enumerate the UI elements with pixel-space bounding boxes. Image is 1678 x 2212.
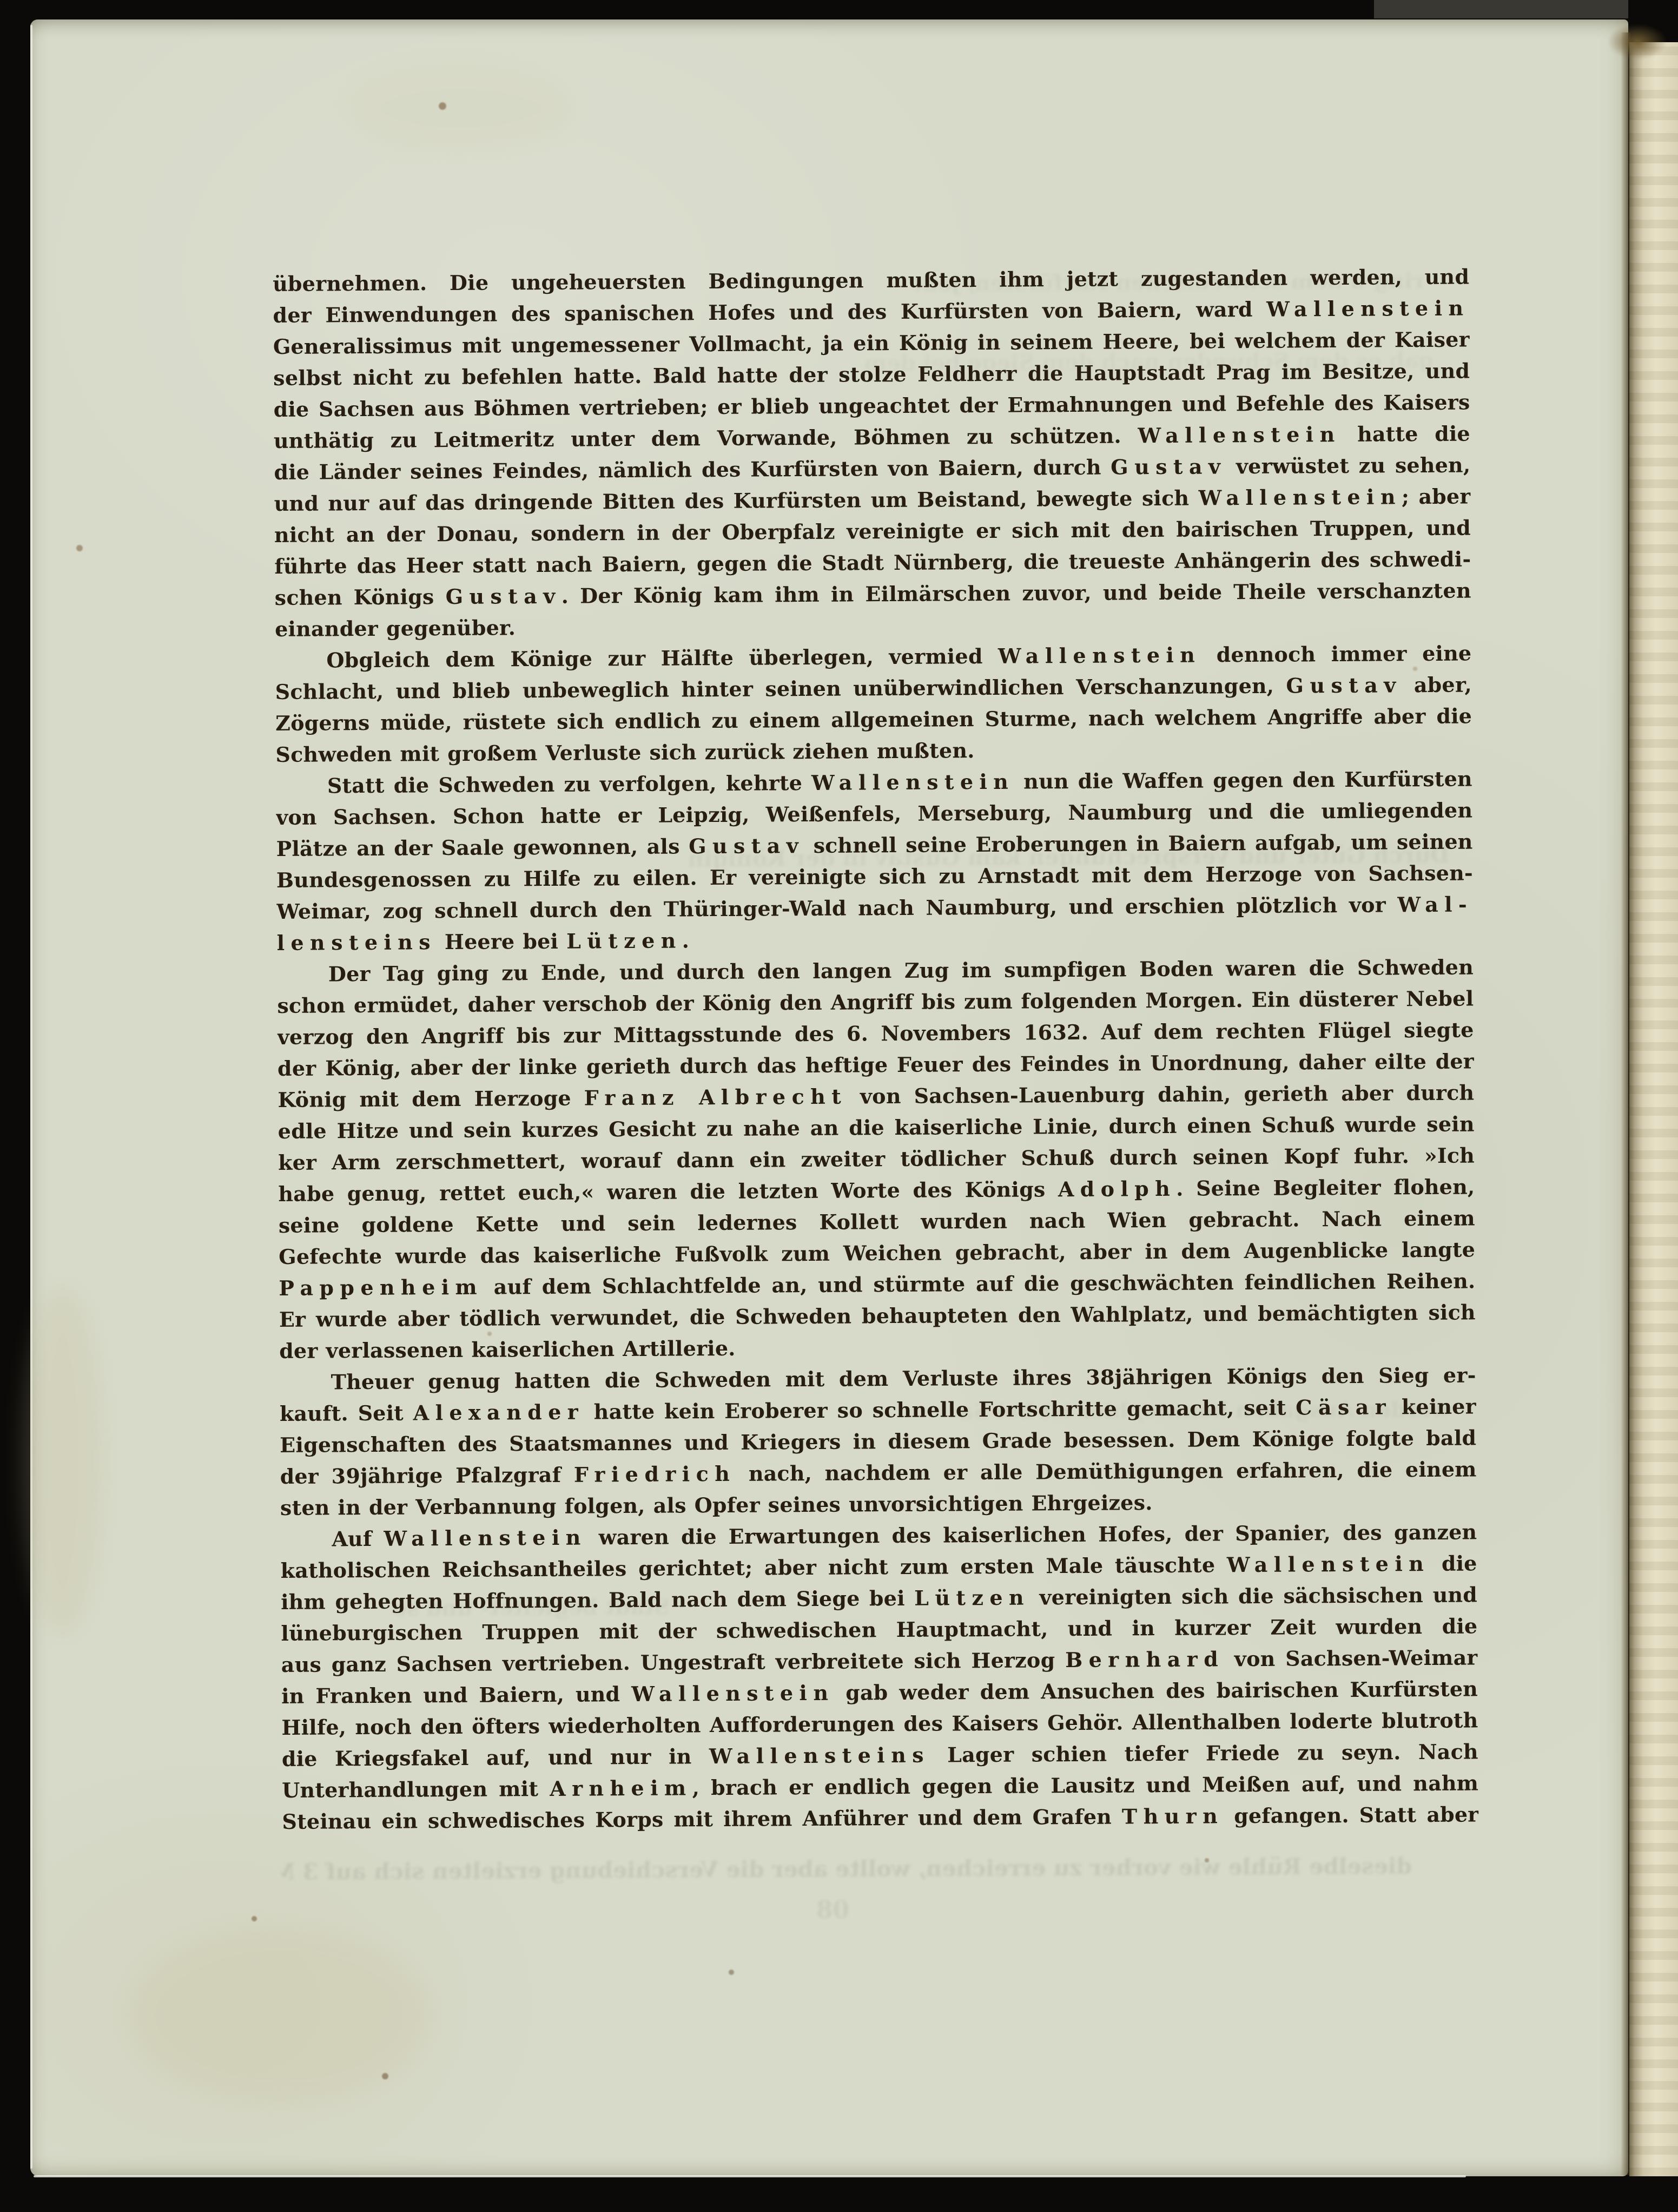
letterspaced-name: Franz Albrecht [584, 1084, 848, 1110]
letterspaced-name: Wallenstein [811, 769, 1015, 795]
letterspaced-name: Cäsar [1296, 1394, 1392, 1419]
letterspaced-name: Arnheim [550, 1775, 692, 1801]
paper-stain [22, 1288, 103, 1634]
letterspaced-name: Gustav [689, 833, 804, 858]
letterspaced-name: Wallenstein [384, 1525, 587, 1550]
text-line: Steinau ein schwedisches Korps mit ihrem… [282, 1799, 1478, 1838]
foxing-spot [1413, 667, 1417, 671]
foxing-spot [1205, 1858, 1209, 1862]
paragraph: Auf Wallenstein waren die Erwartungen de… [280, 1516, 1479, 1838]
paragraph: übernehmen. Die ungeheuersten Bedingunge… [273, 261, 1471, 644]
foxing-spot [252, 1916, 257, 1921]
paragraph: Der Tag ging zu Ende, und durch den lang… [277, 951, 1476, 1366]
paper-stain [346, 65, 573, 152]
letterspaced-name: Adolph [1058, 1176, 1177, 1201]
book-page: ring u dem schwedischen Kurfürsten, jedo… [30, 19, 1628, 2176]
letterspaced-name: Gustav [1286, 673, 1402, 697]
letterspaced-name: Lützen [566, 928, 682, 953]
letterspaced-name: Friedrich [574, 1462, 736, 1487]
letterspaced-name: Wallenstein [998, 643, 1201, 668]
paragraph: Obgleich dem Könige zur Hälfte überlegen… [275, 637, 1472, 771]
letterspaced-name: Pappenheim [279, 1275, 483, 1300]
book-scan: ring u dem schwedischen Kurfürsten, jedo… [0, 0, 1678, 2212]
adjacent-page-edge [1629, 42, 1678, 2176]
letterspaced-name: Wallenstein [1198, 484, 1402, 510]
letterspaced-name: Gustav [445, 584, 561, 609]
paragraph: Statt die Schweden zu verfolgen, kehrte … [276, 763, 1474, 959]
letterspaced-name: Gustav [1111, 454, 1226, 479]
foxing-spot [729, 1970, 734, 1975]
foxing-spot [76, 545, 83, 551]
letterspaced-name: Wallenstein [1266, 295, 1470, 321]
bleedthrough-text: dieselbe Rühle wie vorher zu erreichen, … [281, 1853, 1412, 1885]
letterspaced-name: Wal- [1397, 892, 1473, 917]
letterspaced-name: Wallenstein [631, 1681, 835, 1706]
letterspaced-name: Thurn [1122, 1803, 1224, 1828]
page-text-block: übernehmen. Die ungeheuersten Bedingunge… [273, 261, 1479, 1837]
binding-smudge [1608, 24, 1667, 60]
letterspaced-name: Wallensteins [709, 1743, 930, 1768]
letterspaced-name: Wallenstein [1227, 1551, 1430, 1577]
foxing-spot [487, 1332, 492, 1336]
letterspaced-name: lensteins [276, 930, 437, 955]
scanner-background-patch [1374, 0, 1628, 18]
letterspaced-name: Alexander [413, 1400, 585, 1425]
paragraph: Theuer genug hatten die Schweden mit dem… [279, 1359, 1477, 1524]
letterspaced-name: Lützen [914, 1585, 1030, 1610]
bleedthrough-text: 08 [779, 1897, 849, 1925]
letterspaced-name: Bernhard [1065, 1647, 1224, 1672]
paper-stain [130, 1926, 433, 2105]
letterspaced-name: Wallenstein [1138, 422, 1341, 447]
